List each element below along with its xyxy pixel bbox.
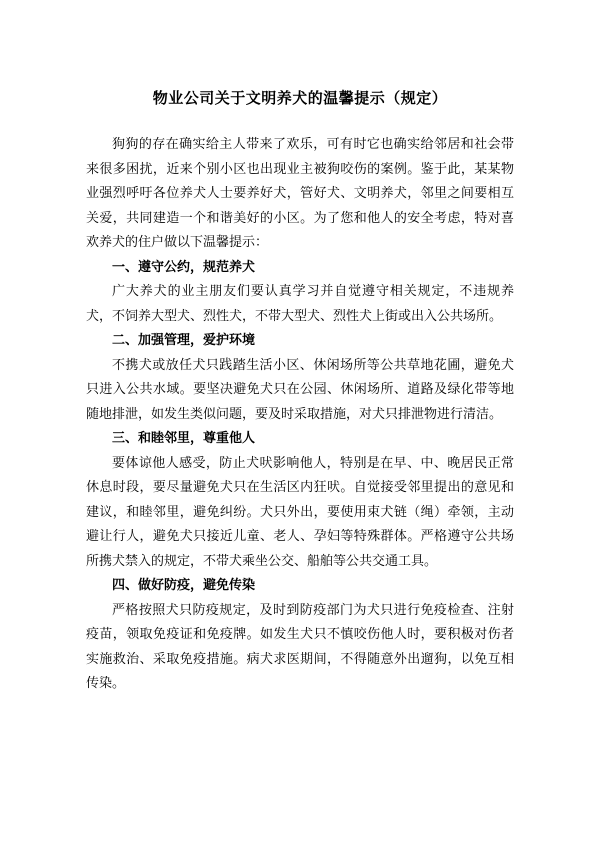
section-body: 不携犬或放任犬只践踏生活小区、休闲场所等公共草地花圃，避免犬只进入公共水域。要坚… xyxy=(86,353,514,427)
section-heading: 二、加强管理，爱护环境 xyxy=(86,328,514,353)
section-2: 二、加强管理，爱护环境 不携犬或放任犬只践踏生活小区、休闲场所等公共草地花圃，避… xyxy=(86,328,514,426)
section-heading: 三、和睦邻里，尊重他人 xyxy=(86,426,514,451)
document-page: 物业公司关于文明养犬的温馨提示（规定） 狗狗的存在确实给主人带来了欢乐，可有时它… xyxy=(0,0,600,848)
section-heading: 一、遵守公约，规范养犬 xyxy=(86,255,514,280)
section-heading: 四、做好防疫，避免传染 xyxy=(86,573,514,598)
intro-paragraph: 狗狗的存在确实给主人带来了欢乐，可有时它也确实给邻居和社会带来很多困扰，近来个别… xyxy=(86,132,514,255)
page-title: 物业公司关于文明养犬的温馨提示（规定） xyxy=(86,88,514,110)
section-body: 要体谅他人感受，防止犬吠影响他人，特别是在早、中、晚居民正常休息时段，要尽量避免… xyxy=(86,451,514,574)
section-4: 四、做好防疫，避免传染 严格按照犬只防疫规定，及时到防疫部门为犬只进行免疫检查、… xyxy=(86,573,514,696)
section-1: 一、遵守公约，规范养犬 广大养犬的业主朋友们要认真学习并自觉遵守相关规定，不违规… xyxy=(86,255,514,329)
section-body: 广大养犬的业主朋友们要认真学习并自觉遵守相关规定，不违规养犬，不饲养大型犬、烈性… xyxy=(86,279,514,328)
section-3: 三、和睦邻里，尊重他人 要体谅他人感受，防止犬吠影响他人，特别是在早、中、晚居民… xyxy=(86,426,514,573)
section-body: 严格按照犬只防疫规定，及时到防疫部门为犬只进行免疫检查、注射疫苗，领取免疫证和免… xyxy=(86,598,514,696)
